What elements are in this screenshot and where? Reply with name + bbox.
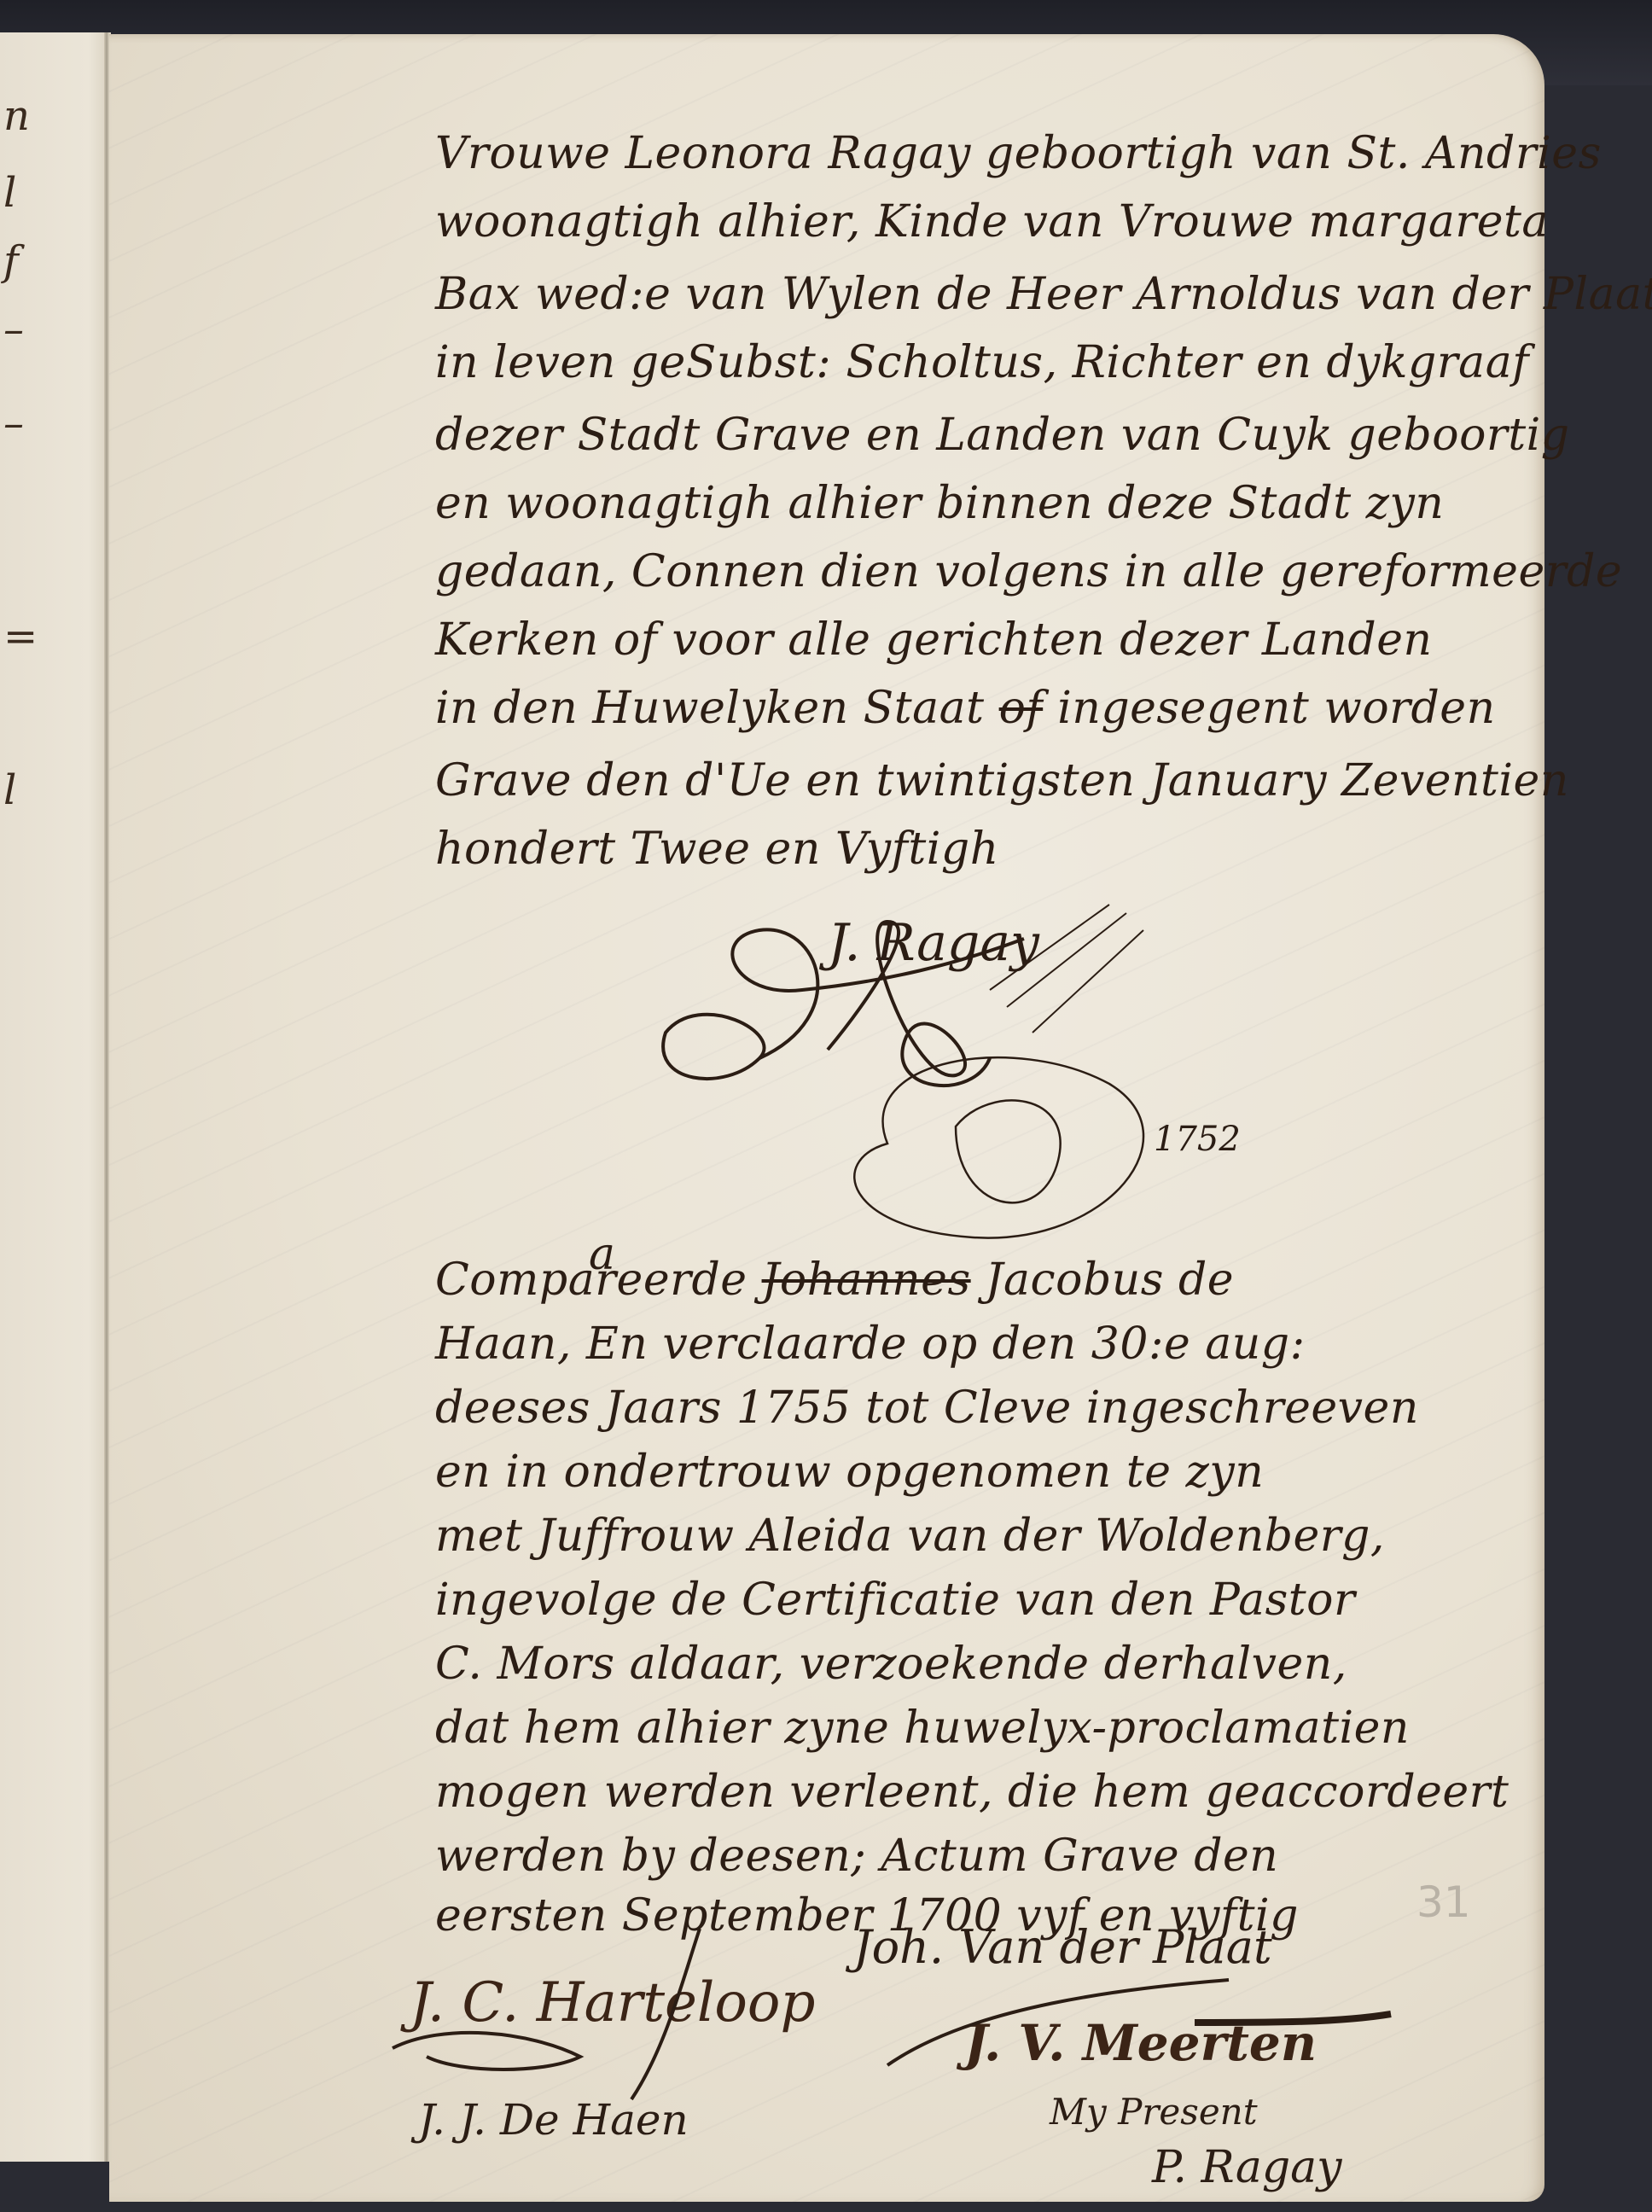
left-page-fragment: f [3,237,19,285]
entry-1-line: hondert Twee en Vyftigh [435,824,999,875]
entry-2-line: mogen werden verleent, die hem geaccorde… [435,1767,1509,1818]
signature-de-haen: J. J. De Haen [418,2095,689,2145]
left-page-fragment: – [3,306,24,353]
entry-2-line: deeses Jaars 1755 tot Cleve ingeschreeve… [435,1382,1419,1434]
entry-1-line: in leven geSubst: Scholtus, Richter en d… [435,337,1529,388]
entry-2-line: werden by deesen; Actum Grave den [435,1831,1278,1882]
ragay-signature-text: J. Ragay [828,913,1039,973]
signature-van-der-plaat: Joh. Van der Plaat [853,1920,1272,1974]
entry-2-line: dat hem alhier zyne huwelyx-proclamatien [435,1703,1410,1754]
entry-1-line: Bax wed:e van Wylen de Heer Arnoldus van… [435,269,1652,320]
entry-2-line: ingevolge de Certificatie van den Pastor [435,1575,1355,1626]
entry-1-line-continuation: ingesegent worden [1057,683,1495,734]
signature-harteloop: J. C. Harteloop [410,1971,815,2034]
entry-1-line: in den Huwelyken Staat of ingesegent wor… [435,683,1496,734]
entry-2-line: C. Mors aldaar, verzoekende derhalven, [435,1639,1347,1690]
entry-1-line: woonagtigh alhier, Kinde van Vrouwe marg… [435,196,1549,247]
struck-word: Johannes [762,1254,971,1306]
entry-2-line: en in ondertrouw opgenomen te zyn [435,1447,1264,1498]
entry-1-line: dezer Stadt Grave en Landen van Cuyk geb… [435,410,1570,461]
left-page-fragment: n [3,92,30,140]
entry-2-line: met Juffrouw Aleida van der Woldenberg, [435,1511,1385,1562]
entry-2-line: Haan, En verclaarde op den 30:e aug: [435,1318,1306,1370]
entry-1-line: en woonagtigh alhier binnen deze Stadt z… [435,478,1444,529]
entry-1-line: Vrouwe Leonora Ragay geboortigh van St. … [435,128,1602,179]
left-page-fragment: = [3,613,38,661]
left-page-fragment: l [3,766,16,814]
signature-p-ragay: P. Ragay [1152,2142,1342,2193]
entry-1-line: gedaan, Connen dien volgens in alle gere… [435,546,1622,597]
left-page-fragment: l [3,169,16,217]
signature-meerten: J. V. Meerten [964,2014,1317,2072]
entry-2-line: Compareerde Johannes Jacobus de [435,1254,1234,1306]
left-page-fragment: – [3,399,24,447]
entry-1-line: Kerken of voor alle gerichten dezer Land… [435,614,1432,666]
folio-number: 31 [1416,1877,1471,1927]
entry-1-line: Grave den d'Ue en twintigsten January Ze… [435,755,1569,806]
entry-2-word: Jacobus de [971,1254,1234,1306]
entry-1-line-text: in den Huwelyken Staat [435,683,985,734]
present-note: My Present [1050,2091,1258,2133]
struck-word: of [999,683,1044,734]
signature-date: 1752 [1154,1120,1241,1159]
facing-page-left: n l f – – = l [0,32,111,2162]
entry-2-word: Compareerde [435,1254,762,1306]
